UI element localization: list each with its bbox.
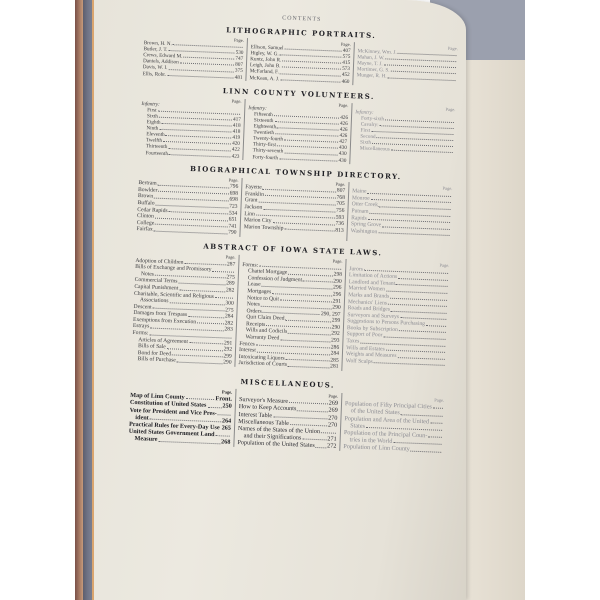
dot-leader [284,46,341,52]
entry-label: Fourteenth [145,150,168,157]
dot-leader [189,339,223,345]
dot-leader [288,329,330,335]
dot-leader [386,287,448,294]
dot-leader [272,289,332,296]
dot-leader [172,351,222,358]
dot-leader [215,431,229,437]
entry-page-number: 481 [235,74,243,80]
entry-label: Fairfax [136,226,152,233]
dot-leader [188,312,224,318]
dot-leader [177,358,223,364]
entry-label: Measure [134,435,157,443]
dot-leader [388,300,447,307]
dot-leader [184,259,226,265]
dot-leader [396,281,448,288]
dot-leader [303,277,332,283]
entry-page-number: 281 [330,364,339,371]
dot-leader [215,294,233,299]
dot-leader [167,344,223,351]
dot-leader [390,294,447,301]
dot-leader [316,442,327,448]
dot-leader [302,435,326,441]
entry-label: Munger, R. H. [357,73,387,80]
dot-leader [280,336,330,342]
entry-label: Population of Linn County [343,444,410,454]
entry-label: Ellis, Robt. [142,71,166,78]
toc-column: Page.Population of Fifty Principal Citie… [340,393,447,455]
dot-leader [272,218,334,225]
dot-leader [280,296,332,303]
dot-leader [180,60,235,66]
dot-leader [284,149,338,155]
toc-column: Page.Surveyor's Measure269How to Keep Ac… [234,389,342,451]
dot-leader [178,279,225,285]
entry-label: Washington [351,228,378,236]
township-directory-table: Page.Bertram796Bowlder698Brown698Buffalo… [133,173,455,245]
dot-leader [297,406,327,412]
toc-column: Page.Brown, H. N.Butler, J. T.530Crews, … [139,34,248,81]
entry-label: Wolf Scalps [346,358,373,366]
iowa-state-laws-table: Page.Adoption of Children287Bills of Exc… [128,251,452,375]
dot-leader [288,362,329,368]
dot-leader [273,412,327,419]
toc-column: Page.McKinney, Wm. J.Mahan, J. W.Mayne, … [353,42,461,89]
toc-column: Page.Fayette807Franklin768Grant705Jackso… [240,178,349,241]
toc-column: Page.MaineMonroeOtter CreekPutnamRapidsS… [347,182,455,245]
linn-county-volunteers-table: Page.Infantry:FirstSixth417Eighth418Nint… [136,95,458,168]
entry-page-number: 460 [342,78,350,84]
toc-column: Page.Forms:Chattel Mortgage298Confession… [235,255,346,371]
lithographic-portraits-table: Page.Brown, H. N.Butler, J. T.530Crews, … [139,34,460,89]
dot-leader [197,319,224,325]
dot-leader [433,404,443,410]
entry-page-number: 272 [327,443,337,451]
dot-leader [398,274,448,281]
entry-page-number: 813 [335,227,344,234]
entry-label: Forty-fourth [252,154,278,161]
dot-leader [186,394,215,400]
entry-label: Jurisdiction of Courts [238,360,287,368]
dot-leader [179,286,225,292]
toc-column: Page.Adoption of Children287Bills of Exc… [128,251,239,367]
dot-leader [289,398,328,405]
entry-page-number: 430 [338,157,346,163]
dot-leader [218,410,231,416]
dot-leader [279,155,338,161]
dot-leader [391,307,447,314]
dot-leader [284,137,338,143]
dot-leader [321,428,336,434]
toc-column: Page.Infantry:FirstSixth417Eighth418Nint… [136,95,245,160]
entry-page-number: 268 [221,439,231,447]
contents-listing: CONTENTS LITHOGRAPHIC PORTRAITS. Page.Br… [125,10,461,455]
dot-leader [282,58,341,64]
toc-column: Page.Map of Linn CountyFront.Constitutio… [125,385,236,447]
dot-leader [207,402,221,408]
dot-leader [284,225,334,232]
dot-leader [401,410,443,417]
dot-leader [288,270,332,276]
entry-page-number: 423 [232,153,240,159]
dot-leader [386,346,446,353]
entry-label: Marion Township [244,224,284,232]
dot-leader [428,432,442,438]
dot-leader [383,333,445,340]
book-page: CONTENTS LITHOGRAPHIC PORTRAITS. Page.Br… [92,0,466,600]
dot-leader [397,353,445,359]
dot-leader [183,54,234,60]
dot-leader [169,298,224,305]
dot-leader [286,356,330,362]
dot-leader [169,208,228,215]
dot-leader [285,316,331,322]
dot-leader [393,438,441,445]
dot-leader [158,436,220,444]
dot-leader [212,267,234,272]
dot-leader [430,418,443,424]
dot-leader [290,420,327,427]
toc-column: Page.JurorsLimitation of ActionsLandlord… [342,259,452,375]
dot-leader [400,314,447,320]
toc-column: Page.Infantry:Fifteenth426Sixteenth426Ei… [243,99,352,164]
dot-leader [411,446,442,452]
entry-page-number: 790 [228,230,237,237]
toc-column: Page.Ellison, Samuel407Higley, W. G.575K… [246,38,355,85]
book-cover-edge [75,0,83,600]
dot-leader [426,321,446,326]
dot-leader [263,309,320,316]
entry-page-number: 290 [223,360,232,367]
toc-column: Page.Bertram796Bowlder698Brown698Buffalo… [133,173,242,236]
dot-leader [399,327,446,333]
entry-label: Bills of Purchase [137,357,175,365]
entry-label: McKean, A. J. [249,75,279,82]
dot-leader [398,50,457,56]
miscellaneous-table: Page.Map of Linn CountyFront.Constitutio… [125,385,447,455]
toc-column: Page.Infantry:Forty-sixthCavalry:FirstSe… [350,103,458,168]
entry-label: Miscellaneous [360,146,390,153]
